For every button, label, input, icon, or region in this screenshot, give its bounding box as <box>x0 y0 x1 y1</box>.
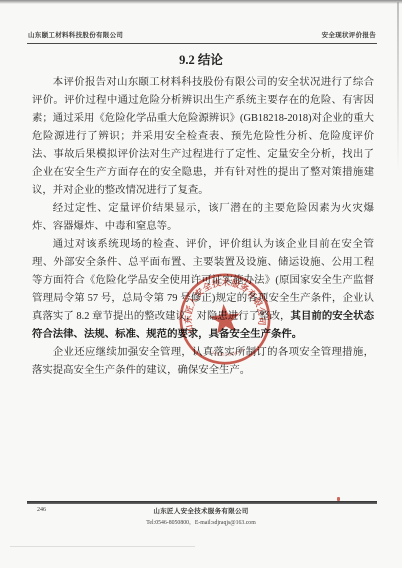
company-seal-stamp: 山东匠人安全技术服务有限公司 3702033006136 <box>173 267 276 370</box>
scan-artifact-line <box>10 546 195 547</box>
footer-rule <box>27 501 377 504</box>
page-header: 山东颐工材料科技股份有限公司 安全现状评价报告 <box>28 30 376 39</box>
paragraph-2: 经过定性、定量评价结果显示，该厂潜在的主要危险因素为火灾爆炸、容器爆炸、中毒和窒… <box>32 200 374 236</box>
header-report-type: 安全现状评价报告 <box>322 30 376 39</box>
scan-edge-right <box>397 2 399 172</box>
section-title: 9.2 结论 <box>0 50 402 68</box>
scan-edge-top <box>0 0 402 4</box>
seal-star <box>208 302 241 334</box>
header-company: 山东颐工材料科技股份有限公司 <box>28 30 123 39</box>
footer-contact: Tel:0546-8050800，E-mail:sdjraqjs@163.com <box>0 517 402 526</box>
paragraph-1: 本评价报告对山东颐工材料科技股份有限公司的安全状况进行了综合评价。评价过程中通过… <box>32 74 374 200</box>
header-rule <box>27 43 377 44</box>
red-mark-artifact <box>337 497 340 501</box>
footer-company: 山东匠人安全技术服务有限公司 <box>0 506 402 515</box>
svg-text:3702033006136: 3702033006136 <box>211 346 247 359</box>
page-footer: 山东匠人安全技术服务有限公司 Tel:0546-8050800，E-mail:s… <box>0 506 402 526</box>
seal-serial-number: 3702033006136 <box>211 346 247 359</box>
scanned-page: 山东颐工材料科技股份有限公司 安全现状评价报告 9.2 结论 本评价报告对山东颐… <box>0 0 402 568</box>
